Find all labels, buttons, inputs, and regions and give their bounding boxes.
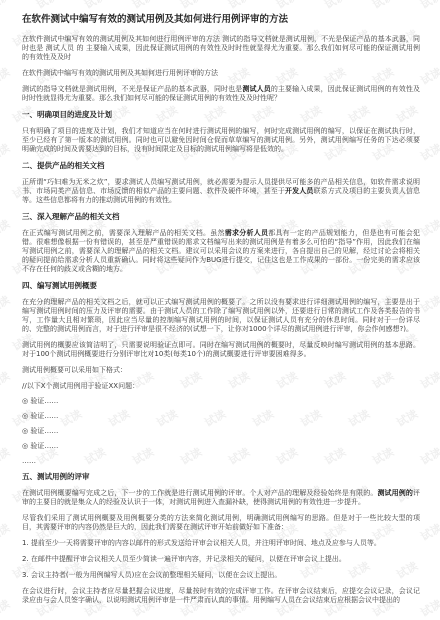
section-4-paragraph-3: 测试用例概要可以采用如下格式：: [22, 366, 420, 375]
section-4-paragraph-1: 在充分的理解产品的相关文档之后，就可以正式编写测试用例的概要了。之所以没有要求进…: [22, 298, 420, 334]
section-heading-4: 四、编写测试用例概要: [22, 281, 420, 291]
bold-term: 测试人员: [242, 85, 270, 93]
lead-paragraph: 在软件测试中编写有效的测试用例及其如何进行用例评审的方法 测试的指导文档就是测试…: [22, 35, 420, 62]
section-heading-5: 五、测试用例的评审: [22, 472, 420, 482]
numbered-item-2: 2. 在邮件中提醒评审会议相关人员至少简读一遍评审内容，并记录相关的疑问，以便在…: [22, 555, 420, 564]
format-list-item: ◎ 验证……: [22, 397, 420, 406]
section-5-paragraph-1: 在测试用例概要编写完成之后，下一步的工作就是进行测试用例的评审。个人对产品的理解…: [22, 489, 420, 507]
repeated-title-paragraph: 在软件测试中编写有效的测试用例及其如何进行用例评审的方法: [22, 69, 420, 78]
format-list-item: ◎ 验证……: [22, 427, 420, 436]
section-2-paragraph: 正所谓“巧妇难为无米之炊”，要求测试人员编写测试用例，就必需要为提示人员提供尽可…: [22, 178, 420, 205]
format-list-item: ◎ 验证……: [22, 442, 420, 451]
format-list-item: ◎ 验证……: [22, 412, 420, 421]
bold-term: 需求分析人员: [225, 229, 268, 237]
closing-paragraph: 在会议进行时，会议主持者应尽量把握会议进度，尽量按时有效的完成评审工作。在评审会…: [22, 587, 420, 605]
section-heading-1: 一、明确项目的进度及计划: [22, 110, 420, 120]
bold-term: 测试用例的: [377, 489, 413, 497]
section-4-paragraph-2: 测试用例的概要应该简洁明了，只需要说明验证点即可。同时在编写测试用例的概要时，尽…: [22, 341, 420, 359]
document-title: 在软件测试中编写有效的测试用例及其如何进行用例评审的方法: [22, 14, 420, 26]
format-comment-line: //以下X个测试用例用于验证XX问题：: [22, 382, 420, 391]
numbered-item-1: 1. 提前至少一天将需要评审的内容以邮件的形式发送给评审会议相关人员，并注明评审…: [22, 539, 420, 548]
format-ellipsis-line: ……: [22, 457, 420, 466]
section-5-paragraph-2: 尽管我们采用了测试用例概要及用例概要分类的方法来简化测试用例，明确测试用例编写的…: [22, 514, 420, 532]
bold-term: 开发人员: [285, 187, 313, 195]
section-heading-3: 三、深入理解产品的相关文档: [22, 212, 420, 222]
section-heading-2: 二、提供产品的相关文档: [22, 161, 420, 171]
numbered-item-3: 3. 会议主持者(一般为用例编写人员)应在会议前整理相关疑问，以便在会议上提出。: [22, 571, 420, 580]
document-content: 在软件测试中编写有效的测试用例及其如何进行用例评审的方法 在软件测试中编写有效的…: [0, 0, 440, 605]
section-1-paragraph: 只有明确了项目的进度及计划，我们才知道应当在何时进行测试用例的编写，何时完成测试…: [22, 127, 420, 154]
intro-paragraph: 测试的指导文档就是测试用例，不光是保证产品的基本武器，同时也是测试人员的主要输入…: [22, 85, 420, 103]
section-3-paragraph: 在正式编写测试用例之前，需要深入理解产品的相关文档。虽然需求分析人员都具有一定的…: [22, 229, 420, 274]
document-page: 试读试读试读试读试读试读试读试读试读试读试读试读试读试读试读试读试读试读试读试读…: [0, 0, 440, 620]
